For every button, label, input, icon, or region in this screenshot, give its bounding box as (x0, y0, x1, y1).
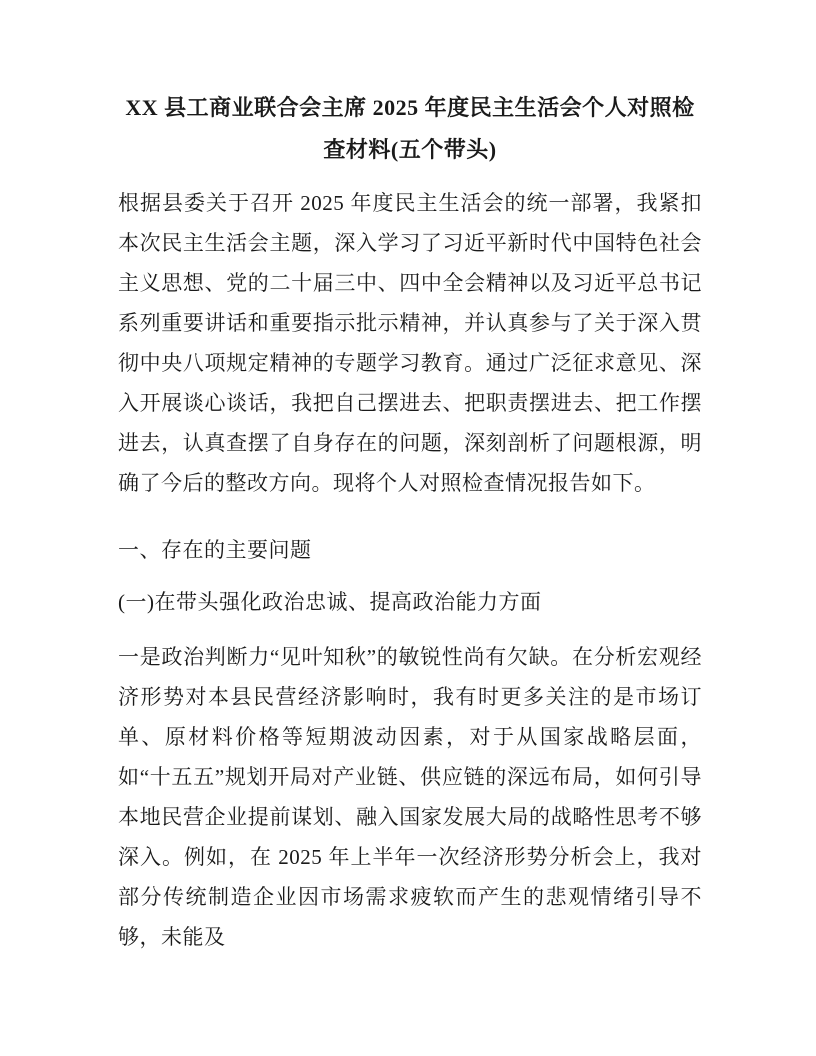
sub-heading: (一)在带头强化政治忠诚、提高政治能力方面 (118, 582, 702, 622)
section-heading: 一、存在的主要问题 (118, 530, 702, 570)
body-paragraph: 一是政治判断力“见叶知秋”的敏锐性尚有欠缺。在分析宏观经济形势对本县民营经济影响… (118, 637, 702, 957)
intro-paragraph: 根据县委关于召开 2025 年度民主生活会的统一部署，我紧扣本次民主生活会主题，… (118, 183, 702, 503)
document-page: XX 县工商业联合会主席 2025 年度民主生活会个人对照检查材料(五个带头) … (0, 0, 816, 1056)
document-title: XX 县工商业联合会主席 2025 年度民主生活会个人对照检查材料(五个带头) (118, 87, 702, 171)
